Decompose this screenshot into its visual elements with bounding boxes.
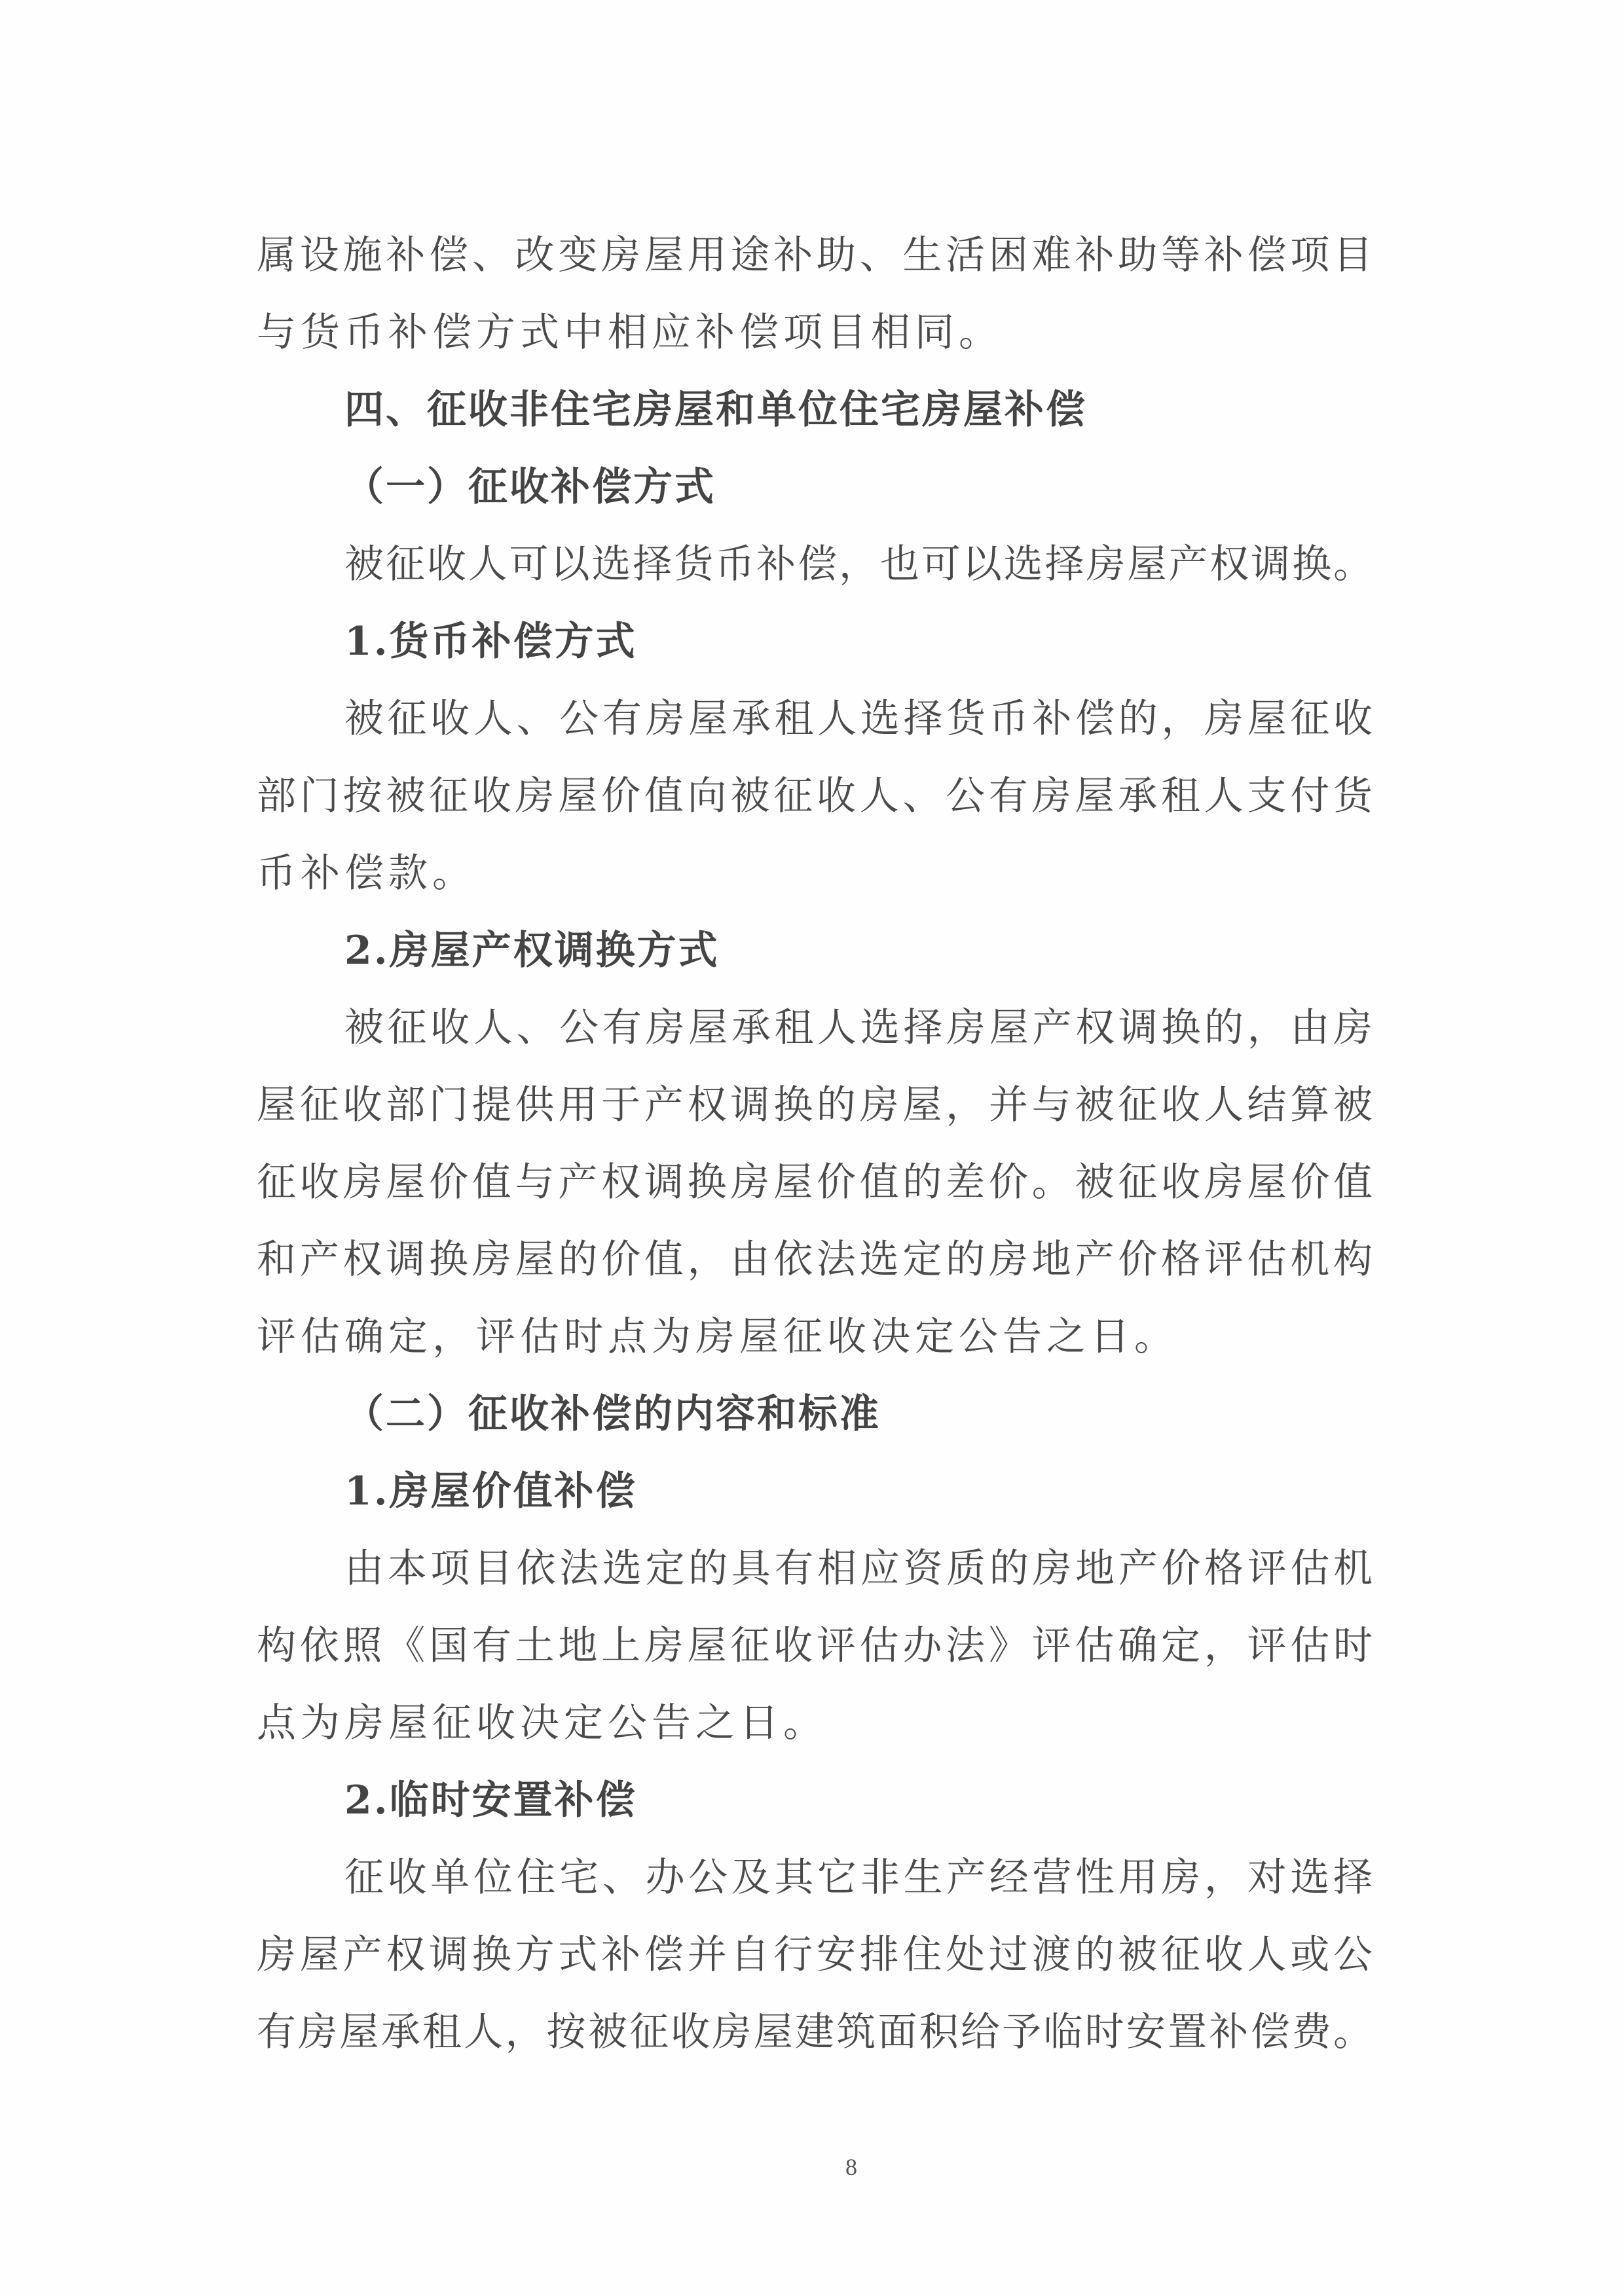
text-line: 被征收人、公有房屋承租人选择房屋产权调换的，由房 [344, 989, 1374, 1066]
subsection-heading: （二）征收补偿的内容和标准 [344, 1376, 1374, 1453]
text-line: 被征收人、公有房屋承租人选择货币补偿的，房屋征收 [344, 680, 1374, 757]
page-number: 8 [832, 2147, 871, 2187]
text-line: 构依照《国有土地上房屋征收评估办法》评估确定，评估时 [257, 1607, 1374, 1685]
text-line: 征收单位住宅、办公及其它非生产经营性用房，对选择 [344, 1839, 1374, 1916]
text-line: 由本项目依法选定的具有相应资质的房地产价格评估机 [344, 1530, 1374, 1607]
text-line: 有房屋承租人，按被征收房屋建筑面积给予临时安置补偿费。 [257, 1994, 1374, 2071]
item-heading: 1.房屋价值补偿 [344, 1453, 1374, 1530]
item-heading: 1.货币补偿方式 [344, 603, 1374, 680]
text-line: 征收房屋价值与产权调换房屋价值的差价。被征收房屋价值 [257, 1144, 1374, 1221]
item-heading: 2.临时安置补偿 [344, 1762, 1374, 1839]
text-line: 部门按被征收房屋价值向被征收人、公有房屋承租人支付货 [257, 757, 1374, 835]
text-line: 点为房屋征收决定公告之日。 [257, 1685, 1374, 1762]
document-page: 属设施补偿、改变房屋用途补助、生活困难补助等补偿项目 与货币补偿方式中相应补偿项… [0, 0, 1624, 2296]
text-line: 属设施补偿、改变房屋用途补助、生活困难补助等补偿项目 [257, 217, 1374, 294]
text-line: 评估确定，评估时点为房屋征收决定公告之日。 [257, 1298, 1374, 1376]
text-line: 与货币补偿方式中相应补偿项目相同。 [257, 294, 1374, 371]
text-line: 币补偿款。 [257, 835, 1374, 912]
section-heading: 四、征收非住宅房屋和单位住宅房屋补偿 [344, 371, 1374, 448]
text-line: 和产权调换房屋的价值，由依法选定的房地产价格评估机构 [257, 1221, 1374, 1298]
text-line: 屋征收部门提供用于产权调换的房屋，并与被征收人结算被 [257, 1066, 1374, 1144]
text-line: 房屋产权调换方式补偿并自行安排住处过渡的被征收人或公 [257, 1916, 1374, 1994]
item-heading: 2.房屋产权调换方式 [344, 912, 1374, 989]
subsection-heading: （一）征收补偿方式 [344, 448, 1374, 526]
text-line: 被征收人可以选择货币补偿，也可以选择房屋产权调换。 [344, 526, 1374, 603]
